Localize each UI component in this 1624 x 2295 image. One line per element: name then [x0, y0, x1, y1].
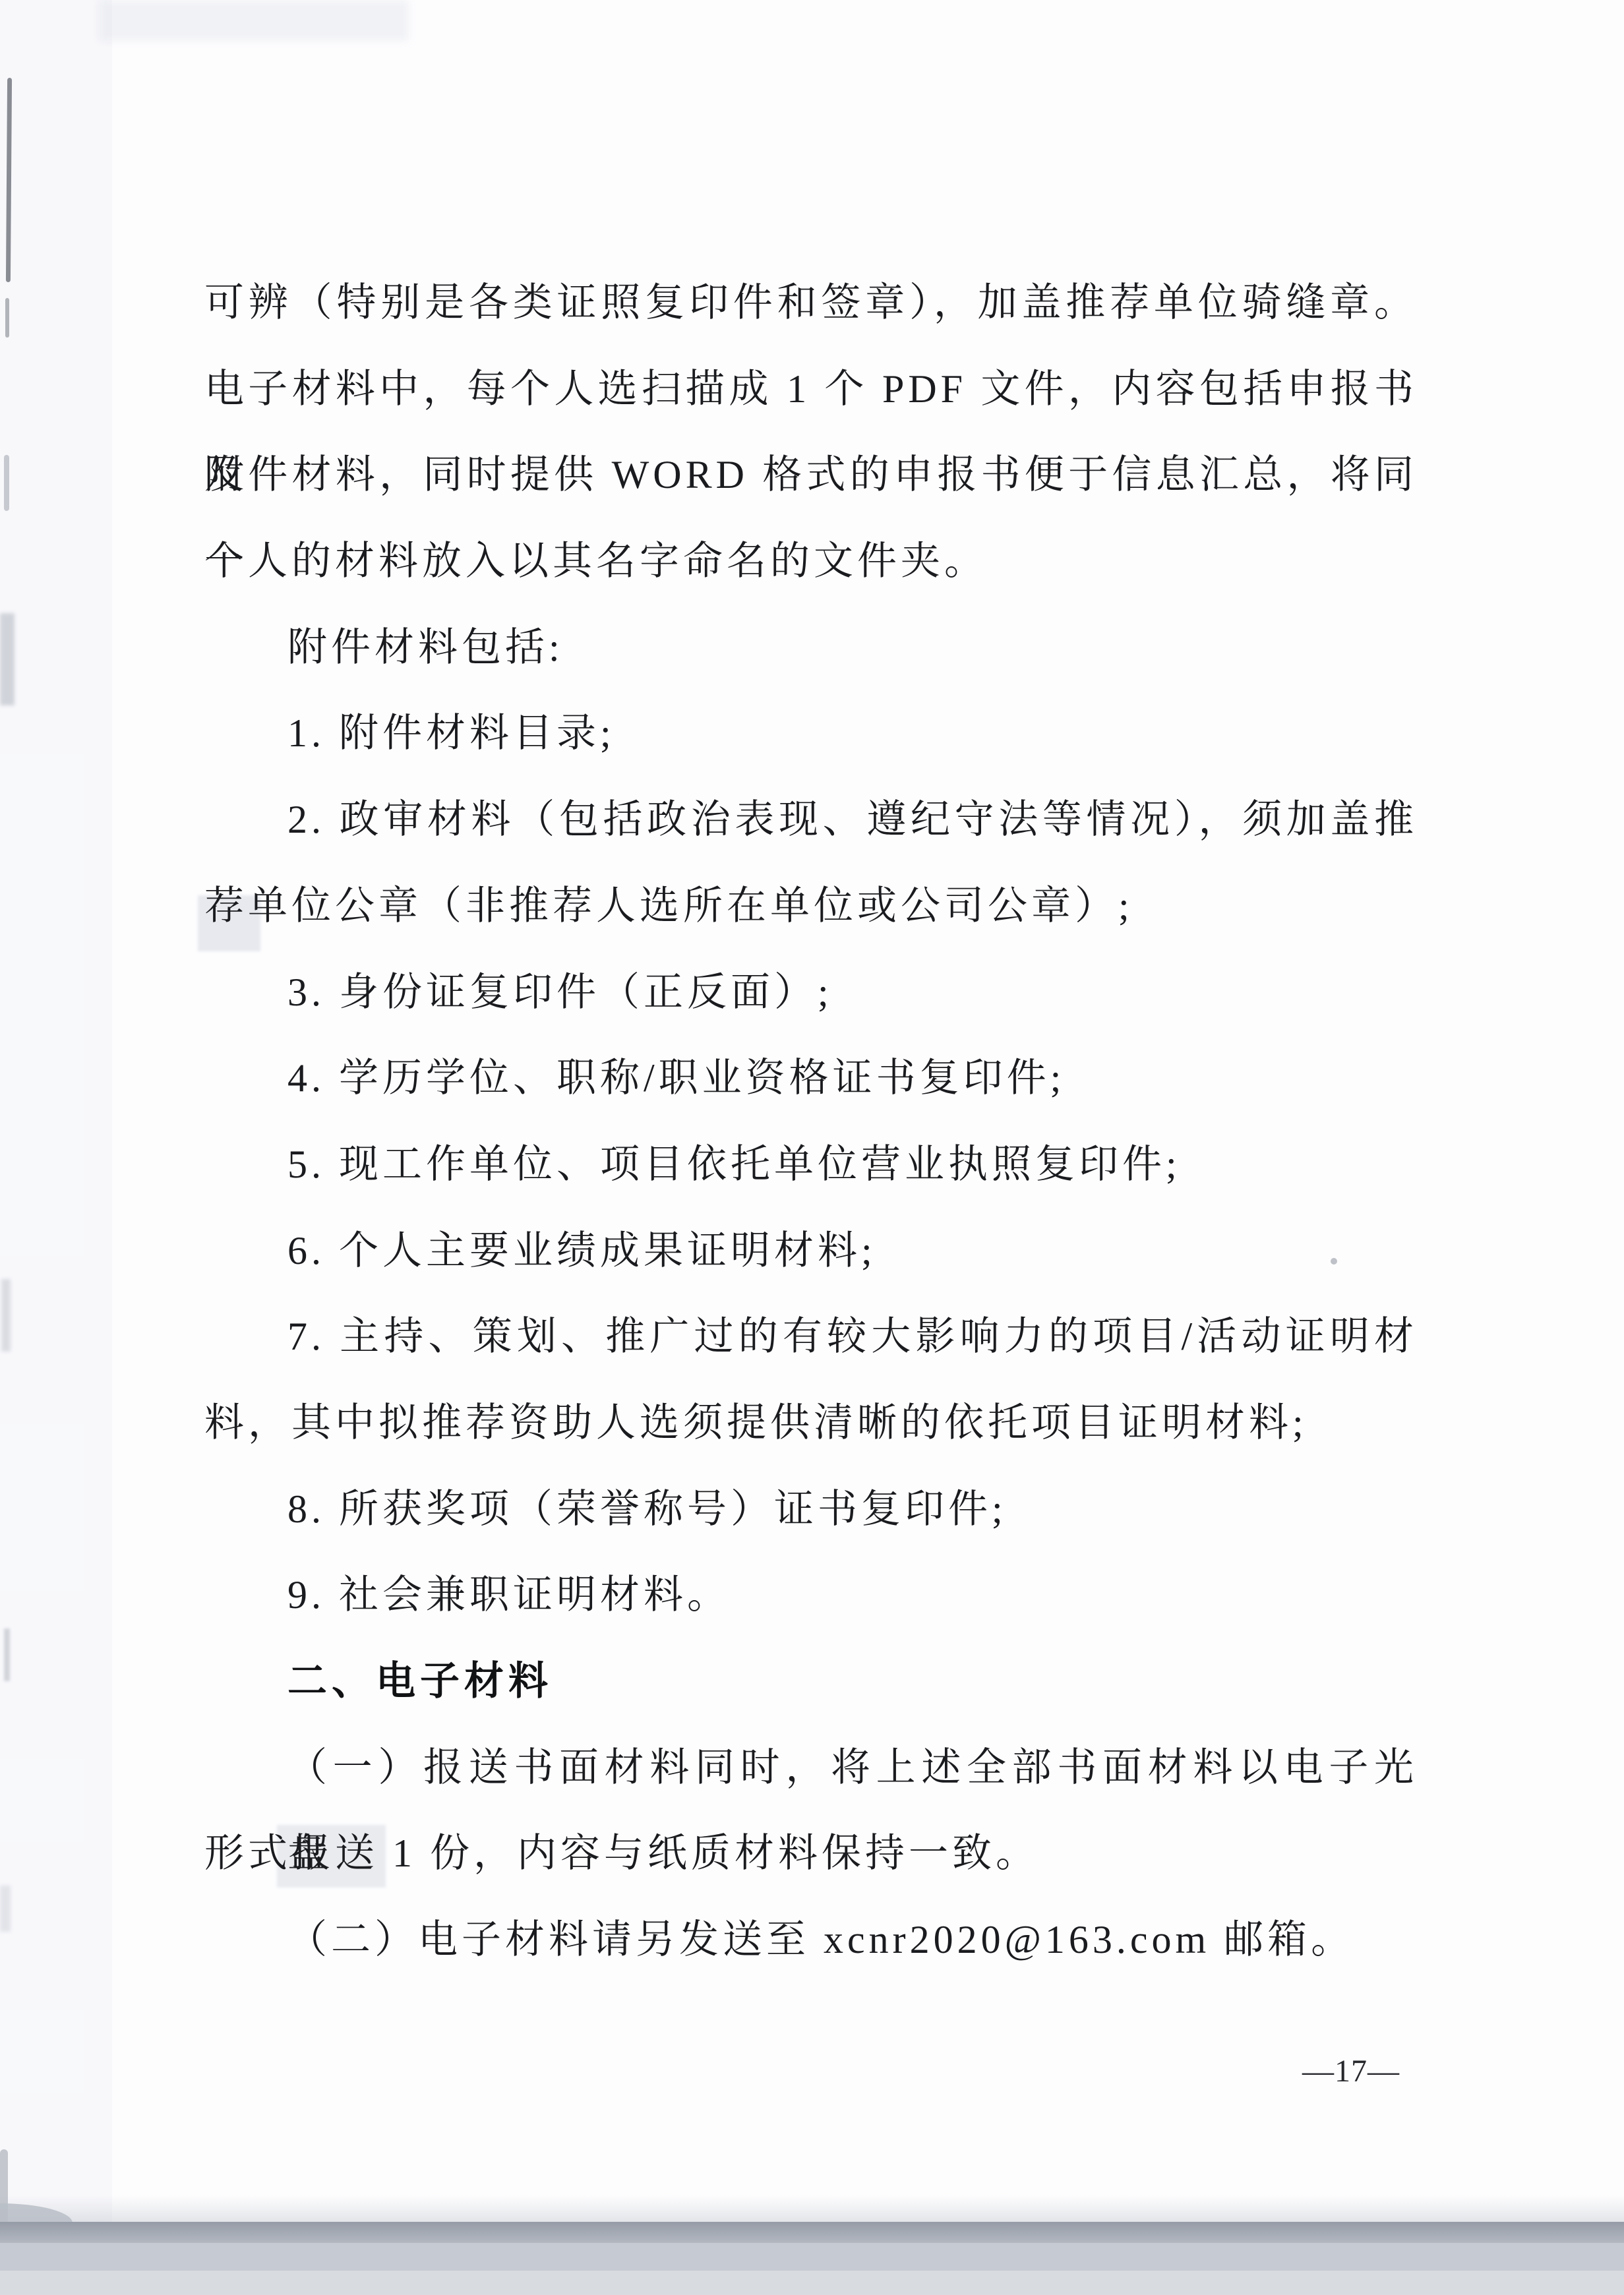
- text-line: 可辨（特别是各类证照复印件和签章），加盖推荐单位骑缝章。: [204, 260, 1418, 346]
- text-line: 料，其中拟推荐资助人选须提供清晰的依托项目证明材料;: [204, 1380, 1418, 1466]
- text-line: 荐单位公章（非推荐人选所在单位或公司公章）;: [204, 863, 1418, 949]
- scanner-bed-band: [0, 2222, 1624, 2243]
- scan-edge-tint: [0, 0, 112, 2222]
- document-page: 可辨（特别是各类证照复印件和签章），加盖推荐单位骑缝章。 电子材料中，每个人选扫…: [0, 0, 1624, 2295]
- document-body: 可辨（特别是各类证照复印件和签章），加盖推荐单位骑缝章。 电子材料中，每个人选扫…: [204, 260, 1418, 1983]
- list-item: 8. 所获奖项（荣誉称号）证书复印件;: [204, 1466, 1418, 1553]
- list-item: 6. 个人主要业绩成果证明材料;: [204, 1208, 1418, 1294]
- list-item: 4. 学历学位、职称/职业资格证书复印件;: [204, 1035, 1418, 1121]
- text-line: （二）电子材料请另发送至 xcnr2020@163.com 邮箱。: [204, 1897, 1418, 1983]
- text-line: 附件材料包括:: [204, 605, 1418, 691]
- list-item: 7. 主持、策划、推广过的有较大影响力的项目/活动证明材: [204, 1294, 1418, 1380]
- text-line: 个人的材料放入以其名字命名的文件夹。: [204, 518, 1418, 605]
- section-heading: 二、电子材料: [204, 1638, 1418, 1725]
- scan-smudge: [99, 0, 409, 41]
- scan-edge-mark: [4, 455, 9, 511]
- scan-edge-mark: [5, 298, 9, 338]
- scan-edge-mark: [0, 613, 15, 705]
- list-item: 2. 政审材料（包括政治表现、遵纪守法等情况），须加盖推: [204, 777, 1418, 863]
- list-item: 9. 社会兼职证明材料。: [204, 1552, 1418, 1638]
- list-item: 1. 附件材料目录;: [204, 690, 1418, 777]
- text-line: 形式报送 1 份，内容与纸质材料保持一致。: [204, 1810, 1418, 1897]
- scan-edge-mark: [4, 1628, 10, 1681]
- scan-edge-mark: [6, 78, 12, 282]
- text-line: （一）报送书面材料同时，将上述全部书面材料以电子光盘: [204, 1725, 1418, 1811]
- page-number: —17—: [1302, 2052, 1400, 2091]
- text-line: 附件材料，同时提供 WORD 格式的申报书便于信息汇总，将同一: [204, 432, 1418, 518]
- text-line: 电子材料中，每个人选扫描成 1 个 PDF 文件，内容包括申报书及: [204, 346, 1418, 432]
- scan-edge-mark: [1, 1279, 11, 1352]
- scanner-bed-corner: [0, 2203, 73, 2223]
- list-item: 5. 现工作单位、项目依托单位营业执照复印件;: [204, 1121, 1418, 1208]
- scan-edge-mark: [0, 2149, 8, 2225]
- scanner-bed-band: [0, 2243, 1624, 2271]
- list-item: 3. 身份证复印件（正反面）;: [204, 949, 1418, 1036]
- page-bottom-shadow: [0, 2195, 1624, 2222]
- scanner-bed-band: [0, 2271, 1624, 2295]
- scan-edge-mark: [0, 1886, 11, 1932]
